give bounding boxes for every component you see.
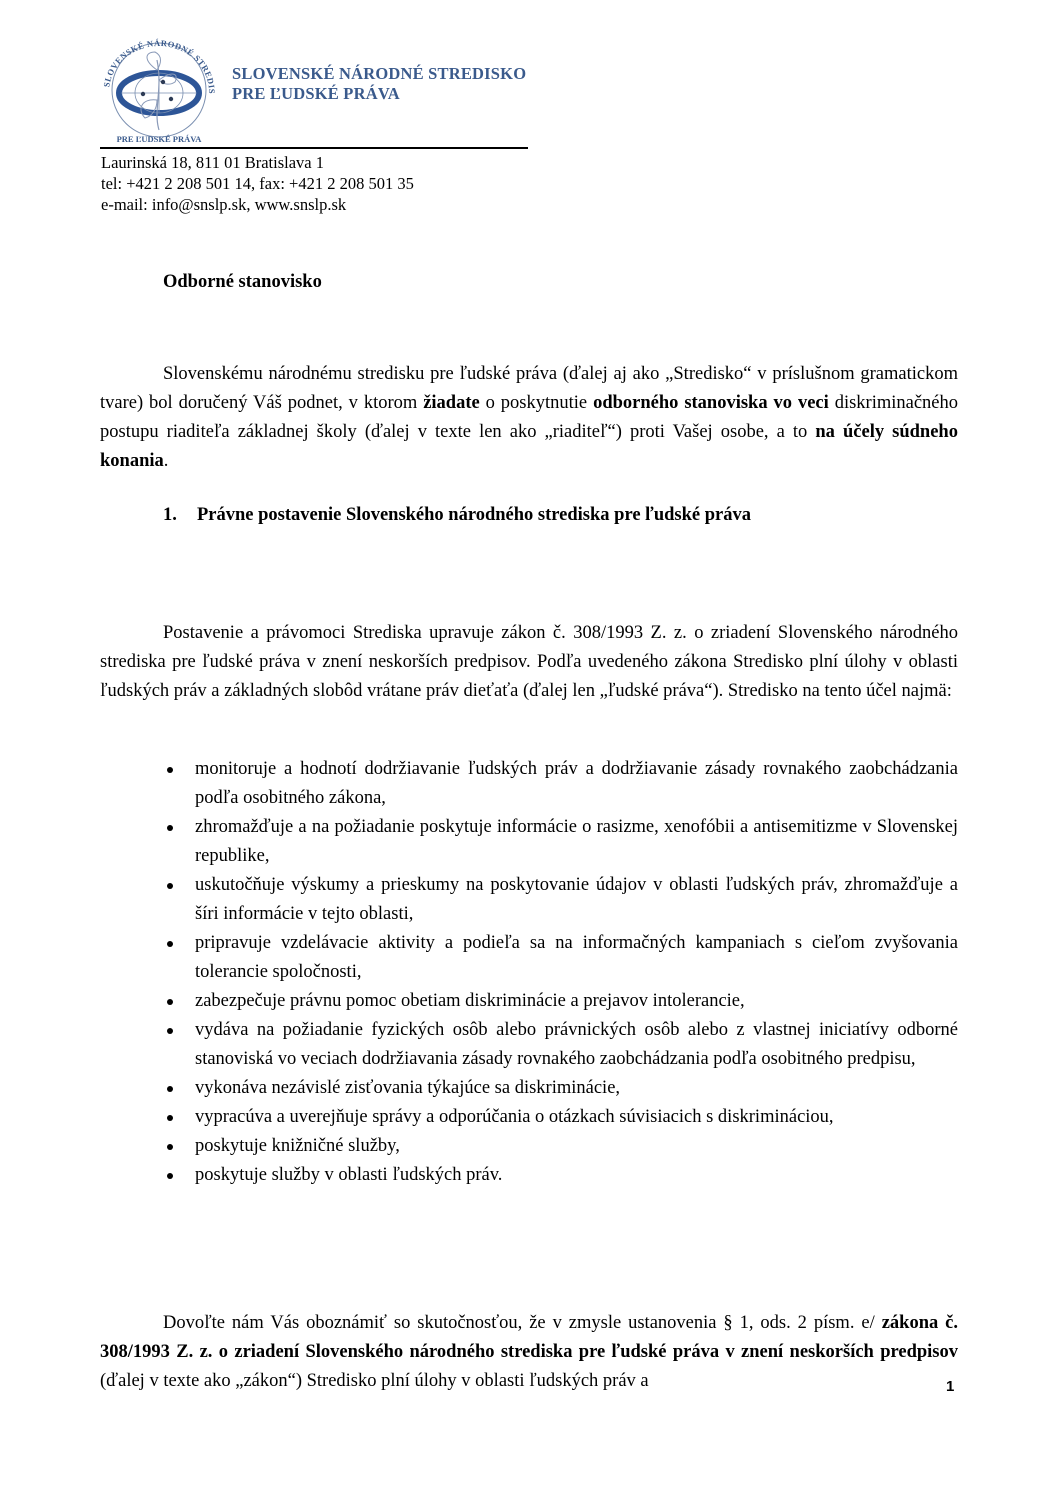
list-item-text: zhromažďuje a na požiadanie poskytuje in… [195,817,958,866]
bullet-icon [167,1173,173,1179]
organization-logo: SLOVENSKÉ NÁRODNÉ STREDISKO PRE ĽUDSKÉ P… [93,30,223,148]
letterhead-divider [100,147,528,149]
list-item: zhromažďuje a na požiadanie poskytuje in… [100,813,958,871]
list-item: poskytuje služby v oblasti ľudských práv… [100,1161,958,1190]
bullet-icon [167,883,173,889]
closing-paragraph: Dovoľte nám Vás oboznámiť so skutočnosťo… [100,1309,958,1396]
bullet-icon [167,941,173,947]
list-item: uskutočňuje výskumy a prieskumy na posky… [100,871,958,929]
list-item-text: pripravuje vzdelávacie aktivity a podieľ… [195,933,958,982]
list-item: zabezpečuje právnu pomoc obetiam diskrim… [100,987,958,1016]
bold-text-run: žiadate [423,393,480,413]
bold-text-run: odborného stanoviska vo veci [593,393,829,413]
logo-bottom-text: PRE ĽUDSKÉ PRÁVA [117,134,203,144]
list-item: vypracúva a uverejňuje správy a odporúča… [100,1103,958,1132]
list-item: poskytuje knižničné služby, [100,1132,958,1161]
section-number: 1. [163,505,197,526]
organization-name-line2: PRE ĽUDSKÉ PRÁVA [232,84,526,104]
organization-name: SLOVENSKÉ NÁRODNÉ STREDISKO PRE ĽUDSKÉ P… [232,64,526,104]
bullet-icon [167,1115,173,1121]
address: Laurinská 18, 811 01 Bratislava 1 [101,152,414,173]
phone-fax: tel: +421 2 208 501 14, fax: +421 2 208 … [101,173,414,194]
list-item: pripravuje vzdelávacie aktivity a podieľ… [100,929,958,987]
document-title: Odborné stanovisko [163,272,322,293]
list-item: vykonáva nezávislé zisťovania týkajúce s… [100,1074,958,1103]
section-title: Právne postavenie Slovenského národného … [197,505,751,525]
bullet-icon [167,1144,173,1150]
bullet-icon [167,1086,173,1092]
section-heading: 1.Právne postavenie Slovenského národnéh… [163,505,751,526]
list-item-text: uskutočňuje výskumy a prieskumy na posky… [195,875,958,924]
bullet-icon [167,1028,173,1034]
contact-block: Laurinská 18, 811 01 Bratislava 1 tel: +… [101,152,414,215]
text-run: (ďalej v texte ako „zákon“) Stredisko pl… [100,1371,649,1391]
list-item-text: vydáva na požiadanie fyzických osôb aleb… [195,1020,958,1069]
bullet-icon [167,767,173,773]
text-run: . [164,451,169,471]
document-page: SLOVENSKÉ NÁRODNÉ STREDISKO PRE ĽUDSKÉ P… [0,0,1058,1497]
responsibilities-list: monitoruje a hodnotí dodržiavanie ľudský… [100,755,958,1190]
bullet-icon [167,825,173,831]
list-item-text: poskytuje knižničné služby, [195,1136,400,1156]
section-paragraph: Postavenie a právomoci Strediska upravuj… [100,619,958,706]
list-item-text: vykonáva nezávislé zisťovania týkajúce s… [195,1078,620,1098]
email-web: e-mail: info@snslp.sk, www.snslp.sk [101,194,414,215]
list-item-text: monitoruje a hodnotí dodržiavanie ľudský… [195,759,958,808]
list-item-text: zabezpečuje právnu pomoc obetiam diskrim… [195,991,745,1011]
bullet-icon [167,999,173,1005]
text-run: Dovoľte nám Vás oboznámiť so skutočnosťo… [163,1313,882,1333]
list-item: vydáva na požiadanie fyzických osôb aleb… [100,1016,958,1074]
list-item: monitoruje a hodnotí dodržiavanie ľudský… [100,755,958,813]
globe-with-plant-emblem-icon: SLOVENSKÉ NÁRODNÉ STREDISKO PRE ĽUDSKÉ P… [93,30,223,148]
page-number: 1 [946,1378,954,1395]
text-run: o poskytnutie [480,393,593,413]
list-item-text: poskytuje služby v oblasti ľudských práv… [195,1165,502,1185]
organization-name-line1: SLOVENSKÉ NÁRODNÉ STREDISKO [232,64,526,84]
intro-paragraph: Slovenskému národnému stredisku pre ľuds… [100,360,958,476]
list-item-text: vypracúva a uverejňuje správy a odporúča… [195,1107,834,1127]
